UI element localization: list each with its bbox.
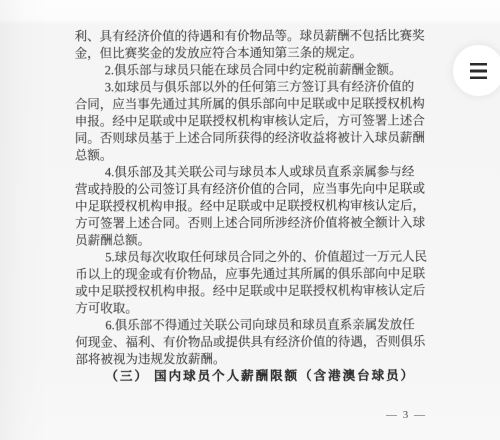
document-line: 币以上的现金或有价物品，应事先通过其所属的俱乐部向中足联 (75, 266, 425, 284)
document-line: 方可收取。 (75, 300, 425, 318)
document-line: 金，但比赛奖金的发放应符合本通知第三条的规定。 (75, 45, 425, 63)
document-page: 利、具有经济价值的待遇和有价物品等。球员薪酬不包括比赛奖 金，但比赛奖金的发放应… (0, 0, 500, 386)
document-line: 同。否则球员基于上述合同所获得的经济收益将被计入球员薪酬 (75, 130, 425, 148)
document-line: 营或持股的公司签订具有经济价值的合同，应当事先向中足联或 (75, 181, 425, 199)
document-line: 或中足联授权机构申报。经中足联或中足联授权机构审核认定后 (75, 283, 425, 301)
document-line: 方可签署上述合同。否则上述合同所涉经济价值将被全额计入球 (75, 215, 425, 233)
document-line: 总额。 (75, 147, 425, 165)
document-line: 申报。经中足联或中足联授权机构审核认定后，方可签署上述合 (75, 113, 425, 131)
document-line: 合同，应当事先通过其所属的俱乐部向中足联或中足联授权机构 (75, 96, 425, 114)
document-line: 利、具有经济价值的待遇和有价物品等。球员薪酬不包括比赛奖 (75, 28, 425, 46)
section-heading: （三） 国内球员个人薪酬限额（含港澳台球员） (75, 368, 425, 386)
document-line: 何现金、福利、有价物品或提供具有经济价值的待遇，否则俱乐 (75, 334, 425, 352)
document-line: 2.俱乐部与球员只能在球员合同中约定税前薪酬金额。 (75, 62, 425, 80)
hamburger-menu-icon (470, 63, 487, 79)
document-line: 部将被视为违规发放薪酬。 (75, 351, 425, 369)
page-number: — 3 — (386, 409, 427, 421)
document-viewer: 利、具有经济价值的待遇和有价物品等。球员薪酬不包括比赛奖 金，但比赛奖金的发放应… (0, 0, 500, 440)
document-line: 4.俱乐部及其关联公司与球员本人或球员直系亲属参与经 (75, 164, 425, 182)
document-line: 员薪酬总额。 (75, 232, 425, 250)
document-line: 中足联授权机构申报。经中足联或中足联授权机构审核认定后， (75, 198, 425, 216)
menu-button[interactable] (452, 44, 500, 97)
document-line: 3.如球员与俱乐部以外的任何第三方签订具有经济价值的 (75, 79, 425, 97)
document-line: 6.俱乐部不得通过关联公司向球员和球员直系亲属发放任 (75, 317, 425, 335)
document-line: 5.球员每次收取任何球员合同之外的、价值超过一万元人民 (75, 249, 425, 267)
